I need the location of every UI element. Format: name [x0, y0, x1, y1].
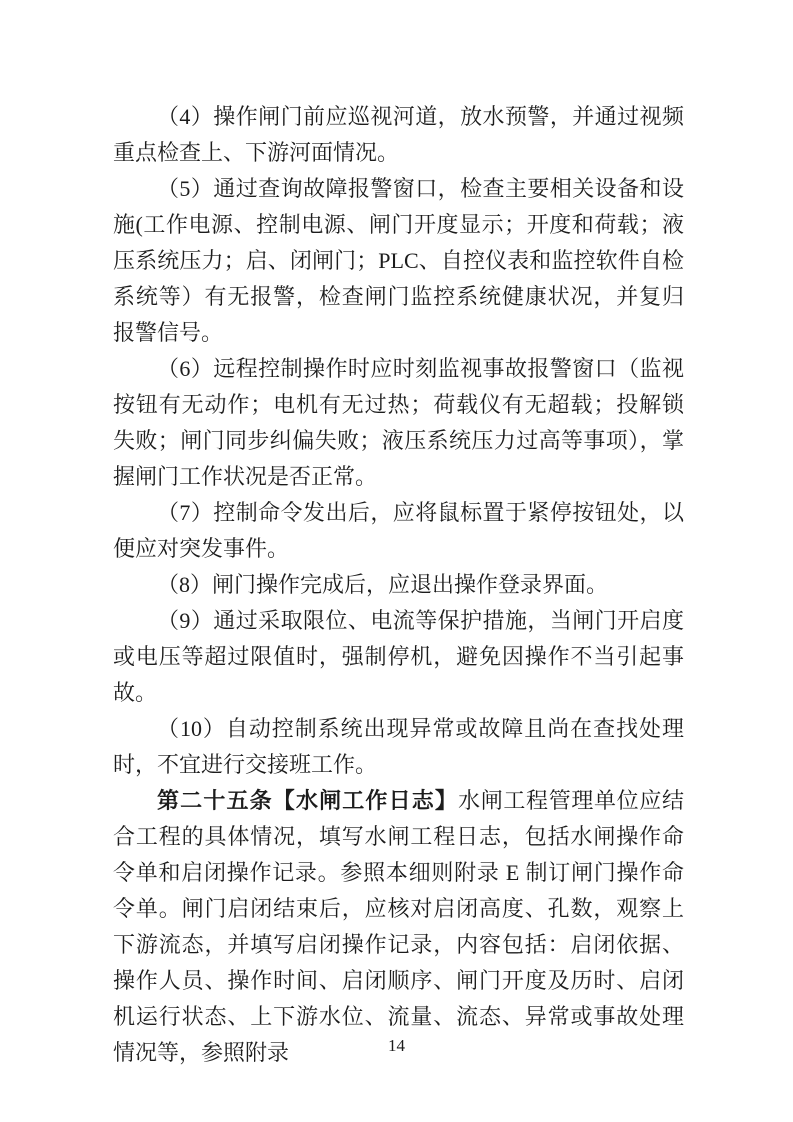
paragraph-item-8: （8）闸门操作完成后，应退出操作登录界面。	[113, 567, 684, 603]
paragraph-item-9: （9）通过采取限位、电流等保护措施，当闸门开启度或电压等超过限值时，强制停机，避…	[113, 603, 684, 711]
article-25-body-text: 水闸工程管理单位应结合工程的具体情况，填写水闸工程日志，包括水闸操作命令单和启闭…	[113, 788, 684, 1065]
paragraph-item-7: （7）控制命令发出后，应将鼠标置于紧停按钮处，以便应对突发事件。	[113, 495, 684, 567]
paragraph-item-4: （4）操作闸门前应巡视河道，放水预警，并通过视频重点检查上、下游河面情况。	[113, 99, 684, 171]
article-25-heading: 第二十五条【水闸工作日志】	[157, 788, 458, 813]
paragraph-item-5: （5）通过查询故障报警窗口，检查主要相关设备和设施(工作电源、控制电源、闸门开度…	[113, 171, 684, 351]
paragraph-item-6: （6）远程控制操作时应时刻监视事故报警窗口（监视按钮有无动作；电机有无过热；荷载…	[113, 351, 684, 495]
paragraph-item-10: （10）自动控制系统出现异常或故障且尚在查找处理时，不宜进行交接班工作。	[113, 711, 684, 783]
page-number: 14	[0, 1034, 793, 1058]
document-body: （4）操作闸门前应巡视河道，放水预警，并通过视频重点检查上、下游河面情况。 （5…	[113, 99, 684, 1071]
article-25-paragraph: 第二十五条【水闸工作日志】水闸工程管理单位应结合工程的具体情况，填写水闸工程日志…	[113, 783, 684, 1071]
document-page: （4）操作闸门前应巡视河道，放水预警，并通过视频重点检查上、下游河面情况。 （5…	[0, 0, 793, 1122]
